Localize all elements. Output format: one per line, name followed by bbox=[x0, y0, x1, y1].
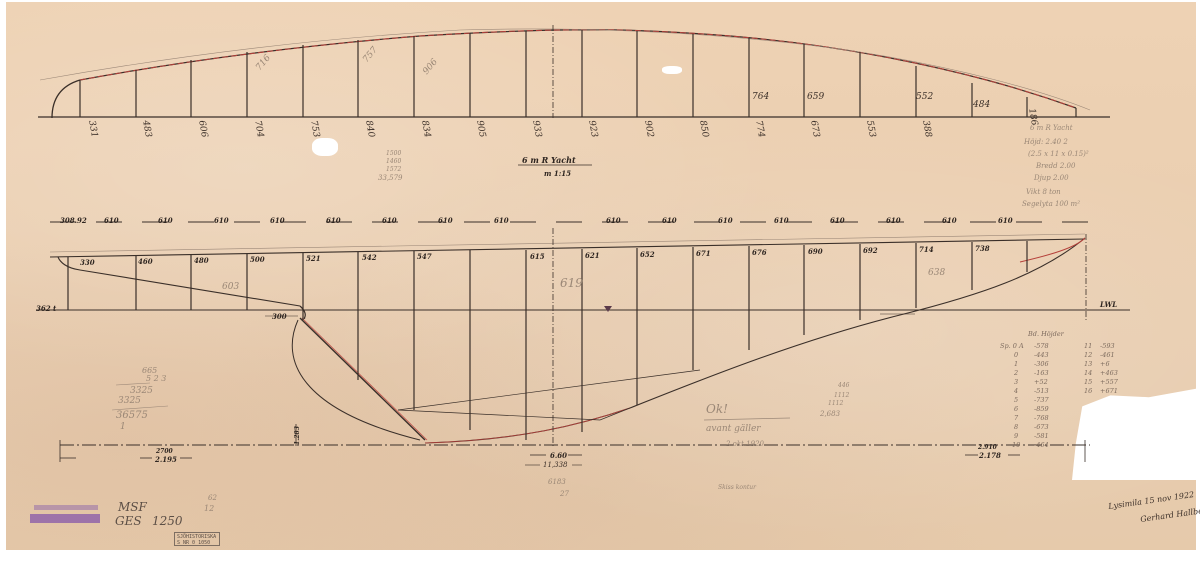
dim-left-bottom: 2.195 bbox=[155, 455, 177, 464]
dim-right-bottom: 2.178 bbox=[979, 451, 1001, 460]
dim-center-note2: 27 bbox=[560, 490, 569, 498]
spacing-label: 610 bbox=[158, 216, 173, 225]
midship-note: 619 bbox=[560, 276, 583, 290]
lwl-left-label: 362 t bbox=[36, 304, 56, 313]
plan-inner-note: 552 bbox=[916, 92, 933, 102]
spacing-label: 610 bbox=[270, 216, 285, 225]
spacing-label: 610 bbox=[718, 216, 733, 225]
drawing-title: 6 m R Yacht bbox=[522, 155, 576, 165]
sheer-height: 615 bbox=[530, 252, 545, 261]
diagonal-line bbox=[398, 370, 700, 410]
keel-profile-line bbox=[425, 238, 1085, 443]
dim-right-top: 2.910 bbox=[978, 444, 997, 451]
plan-inner-note: 484 bbox=[973, 100, 990, 110]
sum-note: 1112 bbox=[828, 400, 843, 407]
sheer-height: 480 bbox=[194, 256, 209, 265]
museum-stamp-box: SJÖHISTORISKA MUSEET S NR 0 1050 bbox=[174, 532, 220, 546]
dim-center-bottom: 11,338 bbox=[543, 461, 568, 469]
side-note: (2.5 x 11 x 0.15)² bbox=[1028, 150, 1089, 158]
spacing-label: 610 bbox=[104, 216, 119, 225]
sheer-height: 714 bbox=[919, 245, 934, 254]
spacing-label: 610 bbox=[942, 216, 957, 225]
aft-note: 638 bbox=[928, 268, 945, 278]
spacing-label: 610 bbox=[998, 216, 1013, 225]
ges-number: 1250 bbox=[152, 514, 183, 528]
sum-note: 2,683 bbox=[820, 410, 840, 418]
ges-label: GES bbox=[115, 514, 142, 528]
drawing-sheet: 6 m R Yacht m 1:15 331 483 606 704 753 8… bbox=[0, 0, 1200, 562]
msf-label: MSF bbox=[118, 500, 147, 514]
plan-inner-note: 659 bbox=[807, 92, 824, 102]
arith-line: 36575 bbox=[116, 410, 148, 421]
spacing-label: 610 bbox=[214, 216, 229, 225]
arith-line: 3325 bbox=[118, 396, 141, 406]
dim-center-top: 6.60 bbox=[550, 451, 567, 460]
fraction-top: 62 bbox=[208, 494, 217, 502]
sheer-height: 542 bbox=[362, 253, 377, 262]
spacing-label: 610 bbox=[606, 216, 621, 225]
arith-line: 1 bbox=[120, 422, 126, 432]
sheer-height: 547 bbox=[417, 252, 432, 261]
side-note: Segelyta 100 m² bbox=[1022, 200, 1080, 208]
spacing-label: 308.92 bbox=[60, 216, 87, 225]
plan-inner-note: 764 bbox=[752, 92, 769, 102]
sum-note: 1112 bbox=[834, 392, 849, 399]
sheer-height: 690 bbox=[808, 247, 823, 256]
rudder-curve bbox=[292, 320, 420, 440]
lwl-label: LWL bbox=[1100, 300, 1117, 309]
arith-line: 3325 bbox=[130, 386, 153, 396]
approval-note: avant gäller bbox=[706, 424, 761, 434]
approval-date: 2 okt 1920 bbox=[726, 440, 764, 448]
sum-note: 446 bbox=[838, 382, 849, 389]
sheer-height: 676 bbox=[752, 248, 767, 257]
sheer-height: 521 bbox=[306, 254, 321, 263]
sheer-height: 621 bbox=[585, 251, 600, 260]
arith-line: 5 2 3 bbox=[146, 374, 166, 383]
drawing-scale: m 1:15 bbox=[544, 169, 571, 178]
fraction-bottom: 12 bbox=[204, 504, 214, 513]
sheer-height: 652 bbox=[640, 250, 655, 259]
spacing-label: 610 bbox=[494, 216, 509, 225]
spacing-label: 610 bbox=[326, 216, 341, 225]
approval-note: Ok! bbox=[706, 402, 728, 416]
purple-archive-stamp bbox=[30, 505, 100, 525]
pencil-sum-line: 1460 bbox=[386, 158, 401, 165]
spacing-label: 610 bbox=[382, 216, 397, 225]
sheer-height: 671 bbox=[696, 249, 711, 258]
sheer-height: 692 bbox=[863, 246, 878, 255]
pencil-sum-line: 1572 bbox=[386, 166, 401, 173]
dimension-300: 300 bbox=[272, 312, 287, 321]
dim-center-note1: 6183 bbox=[548, 478, 566, 486]
pencil-sum-line: 1500 bbox=[386, 150, 401, 157]
spacing-label: 610 bbox=[774, 216, 789, 225]
bow-red-line bbox=[1020, 238, 1085, 262]
sheer-height: 500 bbox=[250, 255, 265, 264]
side-note: Vikt 8 ton bbox=[1026, 188, 1061, 196]
pencil-sum-line: 33,579 bbox=[378, 174, 403, 182]
side-note: 6 m R Yacht bbox=[1030, 124, 1073, 132]
side-note: Bredd 2.00 bbox=[1036, 162, 1075, 170]
spacing-label: 610 bbox=[438, 216, 453, 225]
small-note: Skiss kontur bbox=[718, 484, 756, 491]
spacing-label: 610 bbox=[662, 216, 677, 225]
fore-note: 603 bbox=[222, 282, 239, 292]
plan-transom-curve bbox=[52, 80, 80, 118]
spacing-label: 610 bbox=[830, 216, 845, 225]
sheer-height: 738 bbox=[975, 244, 990, 253]
side-note: Djup 2.00 bbox=[1034, 174, 1069, 182]
spacing-label: 610 bbox=[886, 216, 901, 225]
hull-lines-drawing bbox=[0, 0, 1200, 562]
midship-marker-icon bbox=[604, 306, 612, 312]
dim-left-top: 2700 bbox=[156, 448, 173, 455]
sheer-height: 460 bbox=[138, 257, 153, 266]
sheer-height: 330 bbox=[80, 258, 95, 267]
keel-mark: 1.283 bbox=[294, 426, 301, 445]
side-note: Höjd: 2.40 2 bbox=[1024, 138, 1068, 146]
